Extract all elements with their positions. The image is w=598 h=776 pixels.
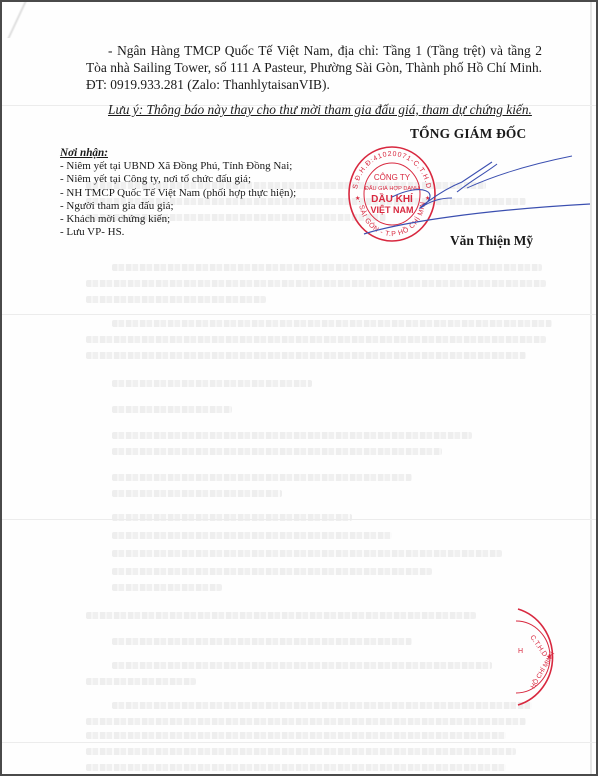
recipient-item: - Niêm yết tại Công ty, nơi tổ chức đấu … <box>60 173 296 186</box>
signer-title: TỔNG GIÁM ĐỐC <box>410 126 526 142</box>
bleed-line <box>112 264 542 271</box>
bleed-line <box>112 550 502 557</box>
signer-name: Văn Thiện Mỹ <box>450 233 533 249</box>
bleed-line <box>112 532 392 539</box>
recipients-list: Nơi nhận: - Niêm yết tại UBND Xã Đồng Ph… <box>60 147 296 239</box>
recipient-item: - Khách mời chứng kiến; <box>60 213 296 226</box>
bleed-line <box>112 474 412 481</box>
bleed-line <box>112 448 442 455</box>
scan-streak <box>2 742 596 743</box>
bleed-line <box>86 352 526 359</box>
bleed-line <box>86 718 526 725</box>
bleed-line <box>112 432 472 439</box>
recipient-item: - NH TMCP Quốc Tế Việt Nam (phối hợp thự… <box>60 187 296 200</box>
scan-corner-mark <box>4 2 30 38</box>
page-edge <box>590 2 592 774</box>
bleed-line <box>112 320 552 327</box>
bleed-line <box>112 584 222 591</box>
bleed-line <box>112 406 232 413</box>
bleed-line <box>112 380 312 387</box>
bleed-line <box>86 296 266 303</box>
bleed-line <box>112 514 352 521</box>
scan-streak <box>2 519 596 520</box>
signature-icon <box>362 152 592 242</box>
recipient-item: - Người tham gia đấu giá; <box>60 200 296 213</box>
recipient-item: - Lưu VP- HS. <box>60 226 296 239</box>
notice-remark: Lưu ý: Thông báo này thay cho thư mời th… <box>108 101 542 118</box>
recipients-heading: Nơi nhận: <box>60 147 296 160</box>
recipient-item: - Niêm yết tại UBND Xã Đồng Phú, Tỉnh Đồ… <box>60 160 296 173</box>
bleed-line <box>86 678 196 685</box>
bleed-line <box>86 336 546 343</box>
svg-text:★: ★ <box>355 195 360 202</box>
bleed-line <box>86 732 506 739</box>
bank-contact-paragraph: - Ngân Hàng TMCP Quốc Tế Việt Nam, địa c… <box>86 42 542 93</box>
bleed-line <box>112 490 282 497</box>
document-page: - Ngân Hàng TMCP Quốc Tế Việt Nam, địa c… <box>0 0 598 776</box>
bleed-line <box>112 638 412 645</box>
partial-seal-icon: C.T.H.D ★ HỒ CHÍ MINH H <box>512 607 572 707</box>
bleed-line <box>112 702 532 709</box>
bleed-line <box>112 662 492 669</box>
bleed-line <box>86 280 546 287</box>
bleed-line <box>86 612 476 619</box>
scan-streak <box>2 314 596 315</box>
bleed-line <box>86 748 516 755</box>
bleed-line <box>86 764 506 771</box>
svg-text:H: H <box>518 648 523 655</box>
bleed-line <box>112 568 432 575</box>
body-text: - Ngân Hàng TMCP Quốc Tế Việt Nam, địa c… <box>86 42 542 118</box>
